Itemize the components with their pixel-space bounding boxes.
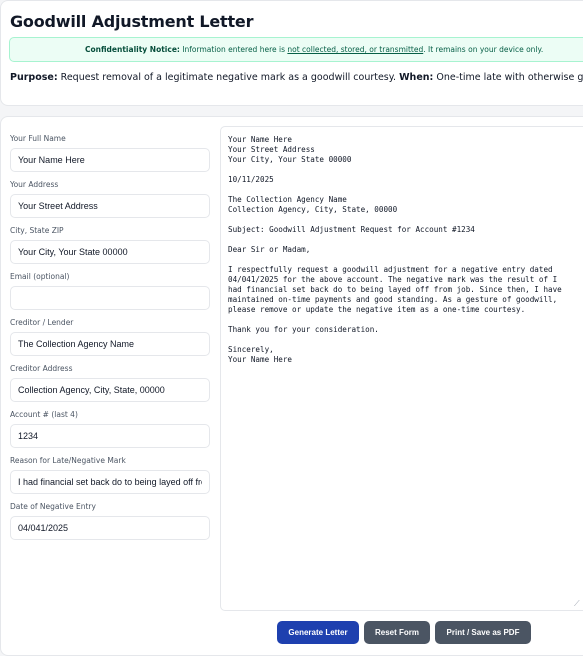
creditor-address-label: Creditor Address (10, 364, 210, 373)
notice-label: Confidentiality Notice: (85, 45, 180, 54)
letter-form: Your Full Name Your Address City, State … (10, 134, 210, 548)
letter-output[interactable]: Your Name Here Your Street Address Your … (220, 126, 583, 611)
reason-input[interactable] (10, 470, 210, 494)
purpose-label: Purpose: (10, 72, 58, 83)
purpose-line: Purpose: Request removal of a legitimate… (10, 72, 583, 83)
reason-label: Reason for Late/Negative Mark (10, 456, 210, 465)
creditor-label: Creditor / Lender (10, 318, 210, 327)
email-label: Email (optional) (10, 272, 210, 281)
creditor-input[interactable] (10, 332, 210, 356)
field-reason: Reason for Late/Negative Mark (10, 456, 210, 494)
address-input[interactable] (10, 194, 210, 218)
notice-text-after: . It remains on your device only. (423, 45, 543, 54)
negative-date-label: Date of Negative Entry (10, 502, 210, 511)
confidentiality-notice: Confidentiality Notice: Information ente… (9, 37, 583, 62)
field-city-state-zip: City, State ZIP (10, 226, 210, 264)
field-email: Email (optional) (10, 272, 210, 310)
full-name-label: Your Full Name (10, 134, 210, 143)
main-card: Your Full Name Your Address City, State … (0, 116, 583, 646)
email-input[interactable] (10, 286, 210, 310)
city-state-zip-label: City, State ZIP (10, 226, 210, 235)
notice-text-before: Information entered here is (180, 45, 287, 54)
field-address: Your Address (10, 180, 210, 218)
city-state-zip-input[interactable] (10, 240, 210, 264)
resize-handle-icon[interactable]: ⟋ (574, 600, 582, 608)
reset-form-button[interactable]: Reset Form (364, 621, 430, 644)
notice-underlined: not collected, stored, or transmitted (287, 45, 423, 54)
address-label: Your Address (10, 180, 210, 189)
field-creditor-address: Creditor Address (10, 364, 210, 402)
header-card: Goodwill Adjustment Letter Confidentiali… (0, 0, 583, 106)
purpose-text: Request removal of a legitimate negative… (58, 72, 399, 83)
account-number-label: Account # (last 4) (10, 410, 210, 419)
negative-date-input[interactable] (10, 516, 210, 540)
account-number-input[interactable] (10, 424, 210, 448)
full-name-input[interactable] (10, 148, 210, 172)
creditor-address-input[interactable] (10, 378, 210, 402)
when-label: When: (399, 72, 433, 83)
field-creditor: Creditor / Lender (10, 318, 210, 356)
when-text: One-time late with otherwise good histor… (433, 72, 583, 83)
generate-letter-button[interactable]: Generate Letter (277, 621, 359, 644)
action-buttons: Generate Letter Reset Form Print / Save … (277, 621, 531, 644)
page-title: Goodwill Adjustment Letter (10, 12, 253, 31)
print-pdf-button[interactable]: Print / Save as PDF (435, 621, 531, 644)
field-negative-date: Date of Negative Entry (10, 502, 210, 540)
field-full-name: Your Full Name (10, 134, 210, 172)
field-account-number: Account # (last 4) (10, 410, 210, 448)
